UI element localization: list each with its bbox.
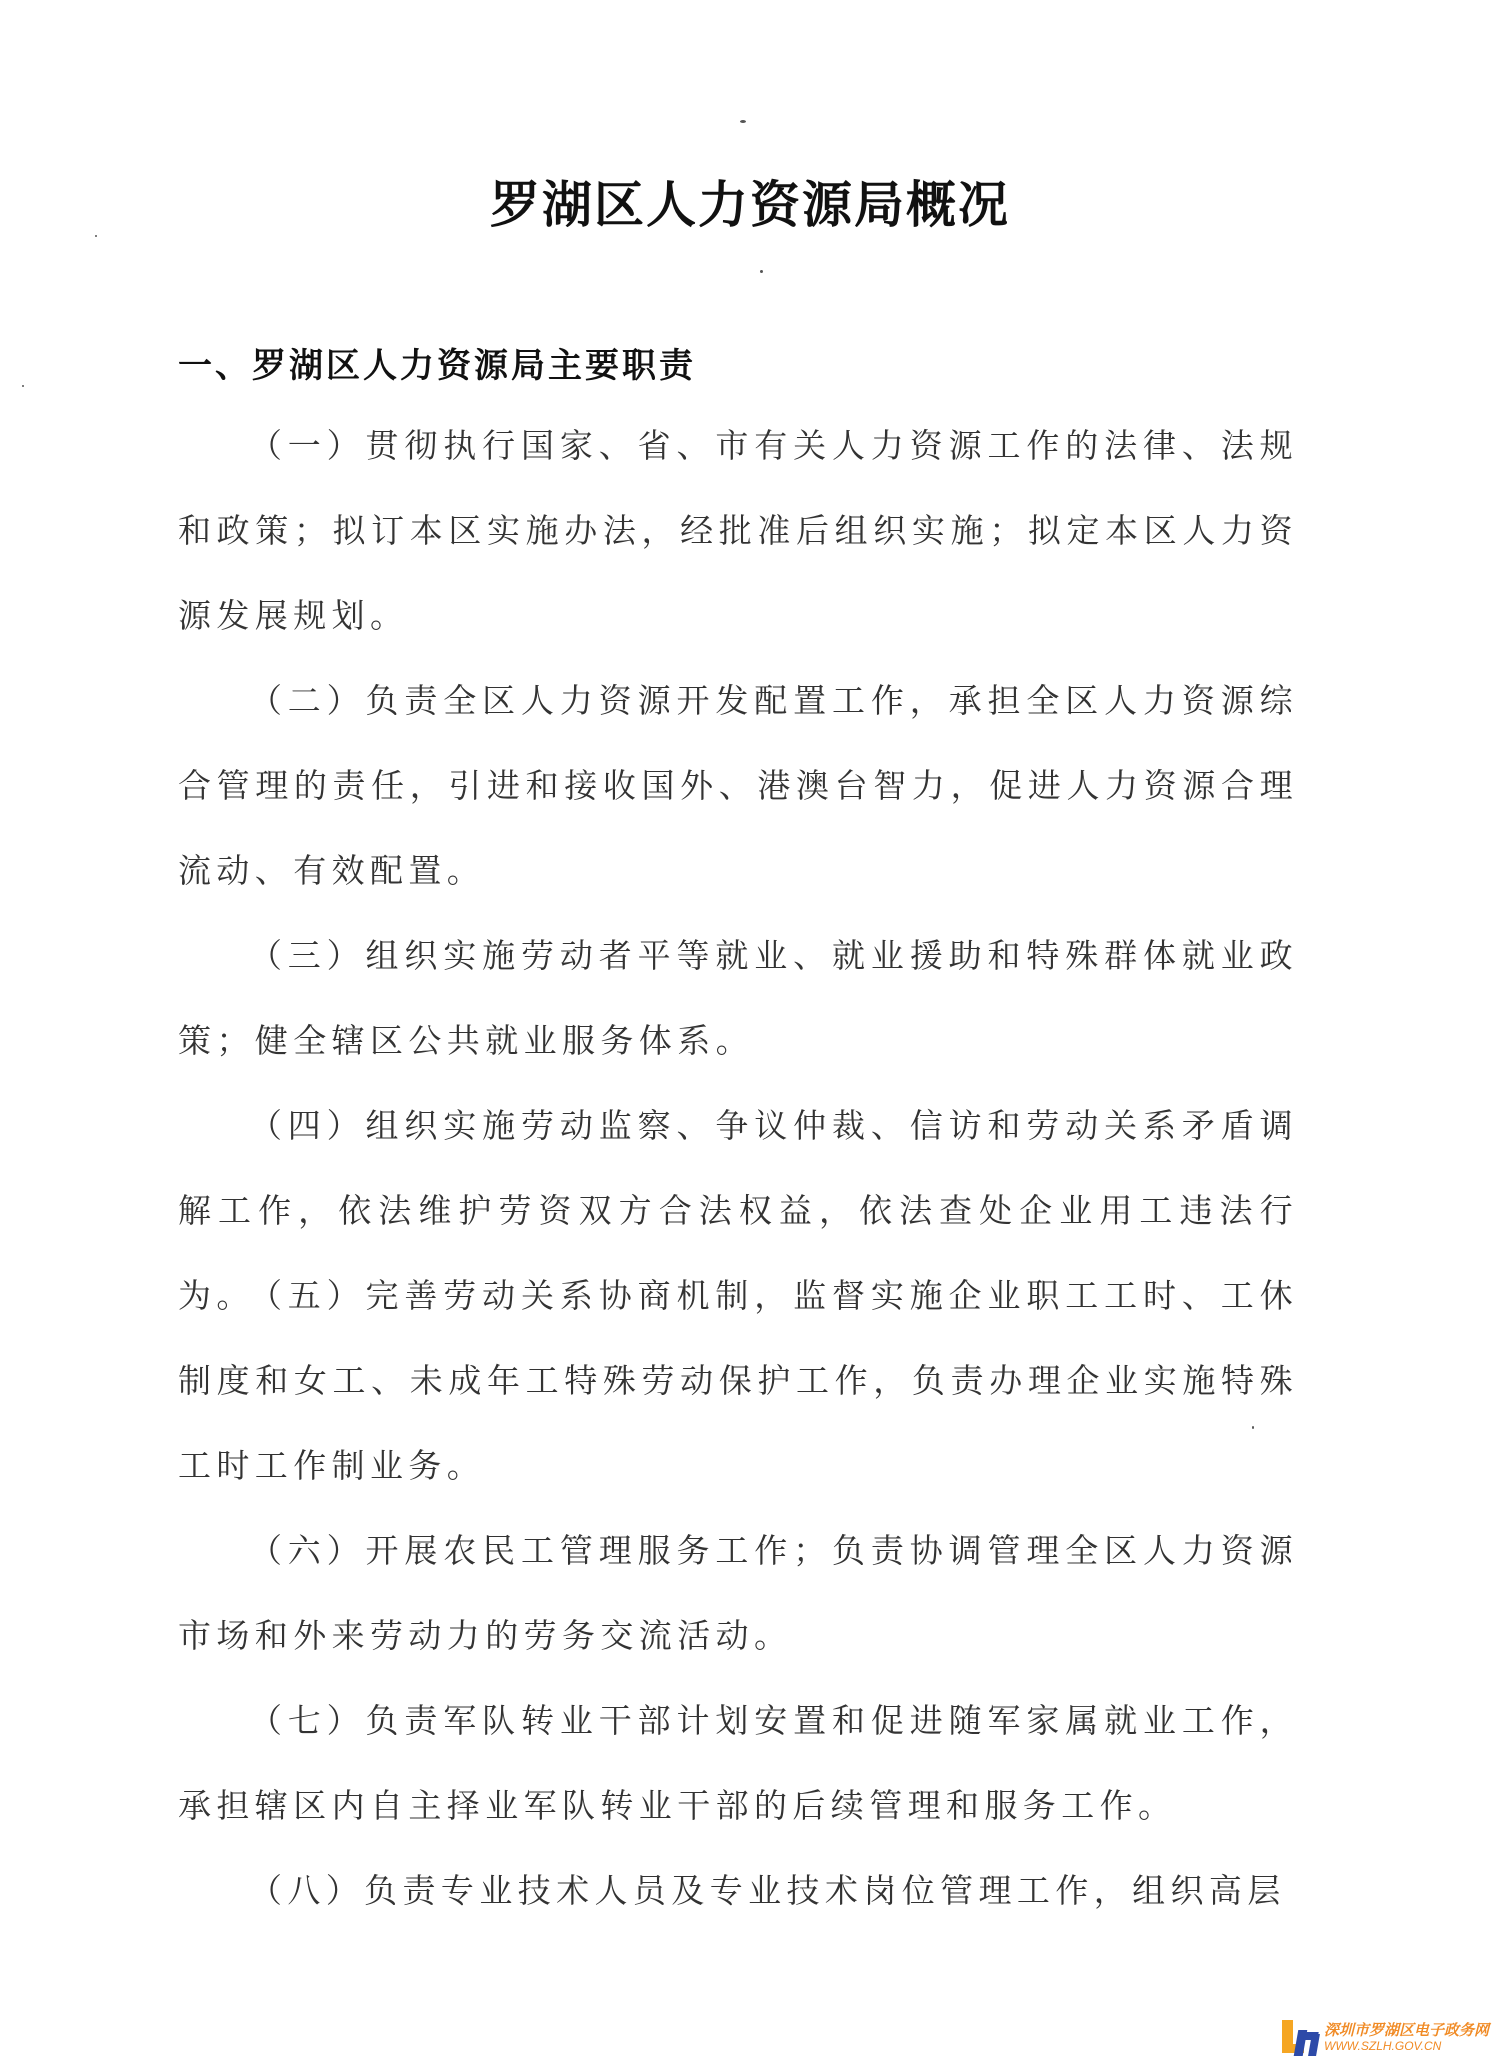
lh-logo-icon	[1280, 2018, 1320, 2058]
scan-speck	[740, 120, 746, 123]
watermark-url: WWW.SZLH.GOV.CN	[1324, 2039, 1489, 2053]
scan-speck	[760, 270, 763, 273]
duty-paragraph-8: （八）负责专业技术人员及专业技术岗位管理工作，组织高层	[178, 1848, 1298, 1933]
site-watermark: 深圳市罗湖区电子政务网 WWW.SZLH.GOV.CN	[1280, 2015, 1500, 2060]
watermark-site-name: 深圳市罗湖区电子政务网	[1324, 2022, 1489, 2039]
duty-paragraph-5: （五）完善劳动关系协商机制，监督实施企业职工工时、工休制度和女工、未成年工特殊劳…	[178, 1253, 1298, 1508]
scan-speck	[22, 385, 24, 387]
scan-speck	[95, 235, 97, 237]
duty-paragraph-6: （六）开展农民工管理服务工作；负责协调管理全区人力资源市场和外来劳动力的劳务交流…	[178, 1508, 1298, 1678]
duty-paragraph-7: （七）负责军队转业干部计划安置和促进随军家属就业工作，承担辖区内自主择业军队转业…	[178, 1678, 1298, 1848]
duty-paragraph-2: （二）负责全区人力资源开发配置工作，承担全区人力资源综合管理的责任，引进和接收国…	[178, 658, 1298, 913]
section-heading: 一、罗湖区人力资源局主要职责	[178, 338, 696, 387]
scanned-document-page: 罗湖区人力资源局概况 一、罗湖区人力资源局主要职责 （一）贯彻执行国家、省、市有…	[0, 0, 1500, 2064]
document-title: 罗湖区人力资源局概况	[0, 165, 1500, 237]
duty-paragraph-1: （一）贯彻执行国家、省、市有关人力资源工作的法律、法规和政策；拟订本区实施办法，…	[178, 403, 1298, 658]
scan-speck	[1252, 1426, 1254, 1429]
duty-paragraph-3: （三）组织实施劳动者平等就业、就业援助和特殊群体就业政策；健全辖区公共就业服务体…	[178, 913, 1298, 1083]
